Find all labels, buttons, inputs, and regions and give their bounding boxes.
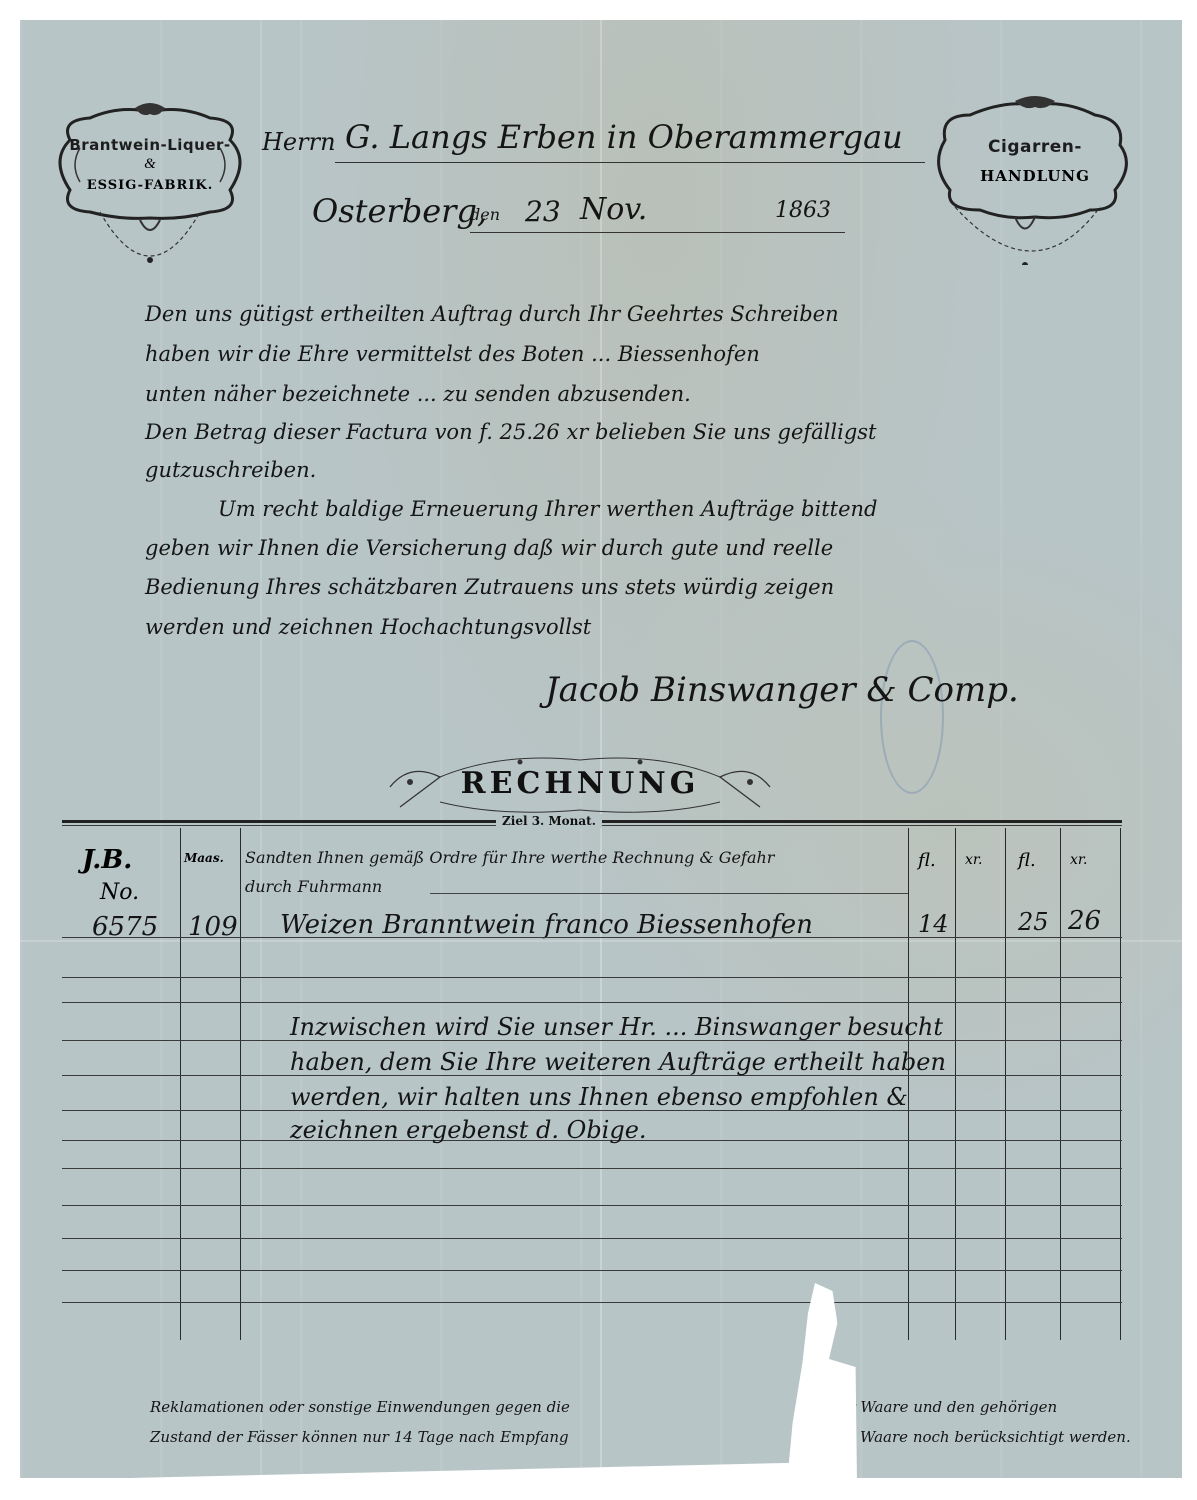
table-rule xyxy=(62,1205,1122,1206)
body-line: Den uns gütigst ertheilten Auftrag durch… xyxy=(145,302,839,326)
header-xr1: xr. xyxy=(965,852,983,868)
header-underline xyxy=(430,893,908,894)
row-description: Weizen Branntwein franco Biessenhofen xyxy=(280,910,813,940)
address-recipient: G. Langs Erben in Oberammergau xyxy=(345,118,903,156)
column-divider xyxy=(955,828,956,1340)
footer-line2-left: Zustand der Fässer können nur 14 Tage na… xyxy=(150,1428,569,1446)
letterhead-right-line2: HANDLUNG xyxy=(925,167,1145,185)
body-line: Um recht baldige Erneuerung Ihrer werthe… xyxy=(218,497,878,521)
date-year: 1863 xyxy=(775,198,831,223)
body-line: unten näher bezeichnete ... zu senden ab… xyxy=(145,382,691,406)
header-xr2: xr. xyxy=(1070,852,1088,868)
letterhead-right-cartouche: Cigarren- HANDLUNG xyxy=(925,95,1145,245)
header-no: No. xyxy=(100,880,139,905)
body-line: gutzuschreiben. xyxy=(145,458,316,482)
column-divider xyxy=(180,828,181,1340)
footer-line1-left: Reklamationen oder sonstige Einwendungen… xyxy=(150,1398,570,1416)
header-description-line1: Sandten Ihnen gemäß Ordre für Ihre werth… xyxy=(245,848,774,867)
table-rule xyxy=(62,1168,1122,1169)
header-fl1: fl. xyxy=(918,850,936,871)
note-line: haben, dem Sie Ihre weiteren Aufträge er… xyxy=(290,1048,946,1076)
date-place: Osterberg, xyxy=(312,192,487,230)
note-line: werden, wir halten uns Ihnen ebenso empf… xyxy=(290,1083,908,1111)
table-rule xyxy=(62,1238,1122,1239)
table-rule xyxy=(62,1302,1122,1303)
note-line: Inzwischen wird Sie unser Hr. ... Binswa… xyxy=(290,1013,943,1041)
body-line: haben wir die Ehre vermittelst des Boten… xyxy=(145,342,760,366)
header-maas: Maas. xyxy=(184,851,224,865)
header-jb: J.B. xyxy=(82,845,132,875)
date-day: 23 xyxy=(525,195,561,228)
letterhead-left-amp: & xyxy=(40,156,260,173)
row-fl2: 25 xyxy=(1018,908,1049,936)
letterhead-left-line1: Brantwein-Liquer- xyxy=(40,136,260,154)
payment-terms: Ziel 3. Monat. xyxy=(496,814,602,828)
column-divider xyxy=(240,828,241,1340)
header-description-line2: durch Fuhrmann xyxy=(245,877,382,896)
letterhead-right-line1: Cigarren- xyxy=(925,137,1145,157)
column-divider xyxy=(1005,828,1006,1340)
signature: Jacob Binswanger & Comp. xyxy=(545,670,1019,710)
body-line: Den Betrag dieser Factura von f. 25.26 x… xyxy=(145,420,876,444)
rechnung-header: RECHNUNG xyxy=(380,752,780,822)
address-salutation: Herrn xyxy=(262,128,336,156)
column-divider xyxy=(1120,828,1121,1340)
paper-fold xyxy=(600,20,602,1478)
table-rule xyxy=(62,1270,1122,1271)
faded-stamp xyxy=(880,640,944,794)
row-xr2: 26 xyxy=(1068,906,1101,936)
letterhead-left-line2: ESSIG-FABRIK. xyxy=(40,178,260,193)
date-underline xyxy=(470,232,845,233)
letterhead-left-cartouche: Brantwein-Liquer- & ESSIG-FABRIK. xyxy=(40,100,260,250)
row-fl1: 14 xyxy=(918,910,949,938)
column-divider xyxy=(908,828,909,1340)
footer-line2-right: Waare noch berücksichtigt werden. xyxy=(860,1428,1131,1446)
address-underline xyxy=(335,162,925,163)
body-line: werden und zeichnen Hochachtungsvollst xyxy=(145,615,591,639)
invoice-title: RECHNUNG xyxy=(380,766,780,801)
table-rule xyxy=(62,937,1122,938)
column-divider xyxy=(1060,828,1061,1340)
date-den: den xyxy=(470,205,500,224)
footer-line1-right: der Waare und den gehörigen xyxy=(830,1398,1057,1416)
table-rule xyxy=(62,977,1122,978)
table-rule xyxy=(62,1002,1122,1003)
note-line: zeichnen ergebenst d. Obige. xyxy=(290,1116,647,1144)
body-line: Bedienung Ihres schätzbaren Zutrauens un… xyxy=(145,575,834,599)
header-fl2: fl. xyxy=(1018,850,1036,871)
date-month: Nov. xyxy=(580,192,647,227)
paper-fold xyxy=(260,20,262,1478)
body-line: geben wir Ihnen die Versicherung daß wir… xyxy=(145,536,833,560)
